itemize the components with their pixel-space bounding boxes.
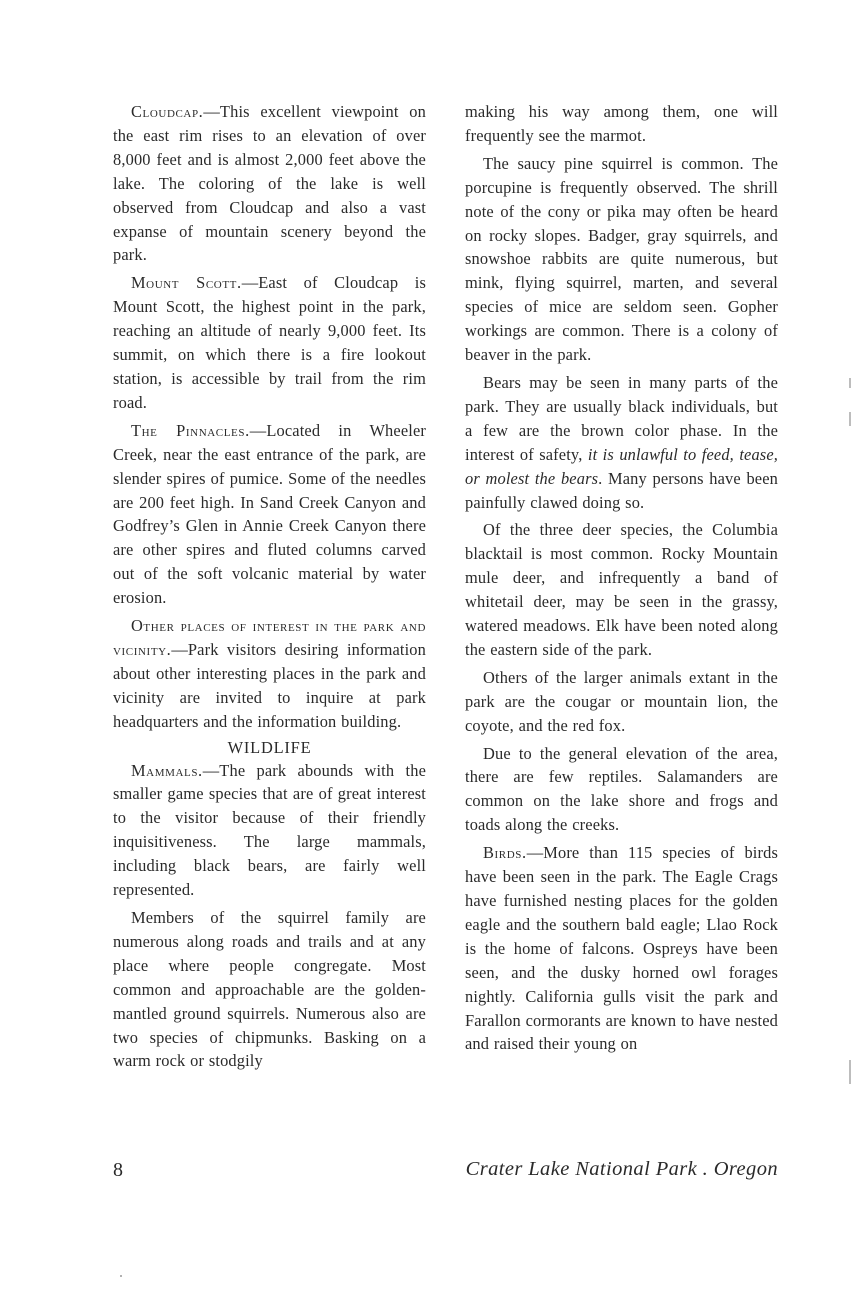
section-heading-wildlife: WILDLIFE	[113, 736, 426, 759]
paragraph-squirrels: Members of the squirrel family are numer…	[113, 906, 426, 1073]
run-in-heading-mount-scott: Mount Scott.	[131, 273, 242, 292]
paragraph-reptiles: Due to the general elevation of the area…	[465, 742, 778, 838]
scan-margin-mark	[849, 412, 851, 426]
run-in-heading-mammals: Mammals.	[131, 761, 203, 780]
paragraph-text: The saucy pine squirrel is common. The p…	[465, 154, 778, 364]
paragraph-mount-scott: Mount Scott.—East of Cloudcap is Mount S…	[113, 271, 426, 414]
paragraph-bears: Bears may be seen in many parts of the p…	[465, 371, 778, 514]
right-column: making his way among them, one will freq…	[465, 100, 778, 1060]
paragraph-text: —Located in Wheeler Creek, near the east…	[113, 421, 426, 607]
paragraph-text: Members of the squirrel family are numer…	[113, 908, 426, 1070]
paragraph-text: Due to the general elevation of the area…	[465, 744, 778, 835]
run-in-heading-birds: Birds.	[483, 843, 527, 862]
paragraph-larger-animals: Others of the larger animals extant in t…	[465, 666, 778, 738]
paragraph-deer: Of the three deer species, the Columbia …	[465, 518, 778, 661]
paragraph-text: —East of Cloudcap is Mount Scott, the hi…	[113, 273, 426, 412]
run-in-heading-cloudcap: Cloudcap.	[131, 102, 203, 121]
run-in-heading-pinnacles: The Pinnacles.	[131, 421, 250, 440]
scan-margin-mark	[849, 1060, 851, 1084]
scan-margin-mark	[849, 378, 851, 388]
paragraph-mammals: Mammals.—The park abounds with the small…	[113, 759, 426, 902]
left-column: Cloudcap.—This excellent viewpoint on th…	[113, 100, 426, 1077]
paragraph-text: Others of the larger animals extant in t…	[465, 668, 778, 735]
paragraph-marmot: making his way among them, one will freq…	[465, 100, 778, 148]
paragraph-text: —This excellent viewpoint on the east ri…	[113, 102, 426, 264]
paragraph-text: Of the three deer species, the Columbia …	[465, 520, 778, 659]
scan-speck	[120, 1275, 122, 1277]
paragraph-text: —More than 115 species of birds have bee…	[465, 843, 778, 1053]
paragraph-cloudcap: Cloudcap.—This excellent viewpoint on th…	[113, 100, 426, 267]
paragraph-other-places: Other places of interest in the park and…	[113, 614, 426, 734]
document-page: Cloudcap.—This excellent viewpoint on th…	[0, 0, 852, 1294]
paragraph-text: —The park abounds with the smaller game …	[113, 761, 426, 900]
paragraph-pine-squirrel: The saucy pine squirrel is common. The p…	[465, 152, 778, 367]
paragraph-text: making his way among them, one will freq…	[465, 102, 778, 145]
running-footer-title: Crater Lake National Park . Oregon	[430, 1158, 778, 1181]
paragraph-birds: Birds.—More than 115 species of birds ha…	[465, 841, 778, 1056]
paragraph-pinnacles: The Pinnacles.—Located in Wheeler Creek,…	[113, 419, 426, 610]
page-number: 8	[113, 1159, 123, 1182]
